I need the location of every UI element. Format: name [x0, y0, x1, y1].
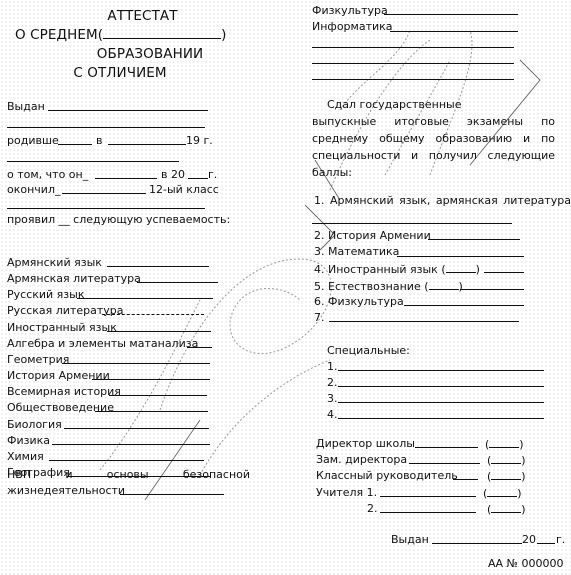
top-subject-1: Информатика: [312, 20, 393, 33]
born-label: родивше: [7, 134, 59, 147]
special-item-number: 2.: [327, 376, 338, 389]
exam-word: получил: [429, 149, 477, 162]
title-line4: С ОТЛИЧИЕМ: [0, 65, 240, 82]
exam-word: экзамены: [467, 115, 523, 128]
exam-item-2: 3. Математика: [314, 245, 399, 258]
exam-text-line3: среднему общему образованию и по: [312, 132, 555, 145]
subject-label: Армянская литература: [7, 272, 141, 285]
issued-to-field-2[interactable]: [7, 127, 205, 128]
exam-item-1: 2. История Армении: [314, 229, 431, 242]
signature-name-field[interactable]: (): [487, 469, 526, 483]
exam-word: итоговые: [394, 115, 449, 128]
exam-score-field-1[interactable]: [428, 239, 520, 240]
issue-year-field[interactable]: [537, 543, 555, 544]
grade-field[interactable]: [137, 282, 218, 283]
special-item-number: 3.: [327, 392, 338, 405]
exam-word: и: [523, 132, 530, 145]
special-field[interactable]: [338, 386, 544, 387]
nvp-word: и: [65, 468, 72, 481]
top-subject-0: Физкультура: [312, 4, 388, 17]
exam-score-field-4[interactable]: [460, 289, 524, 290]
grade-field[interactable]: [92, 379, 210, 380]
signature-name-field[interactable]: (): [487, 453, 526, 467]
born-year-label: 19 г.: [186, 134, 213, 147]
grade-field[interactable]: [102, 314, 204, 315]
subject-label: Русский язык: [7, 288, 84, 301]
exam-word: среднему: [312, 132, 368, 145]
exam-item-0: 1. Армянский язык, армянская литература: [314, 194, 571, 207]
finished-label: окончил_: [7, 183, 60, 196]
subject-label: Иностранный язык: [7, 321, 117, 334]
signature-role: 2.: [367, 502, 378, 515]
exam-item-4-label: 5. Естествознание (: [314, 280, 429, 293]
title-line3: ОБРАЗОВАНИИ: [0, 46, 300, 63]
subject-label: История Армении: [7, 369, 110, 382]
signature-field[interactable]: [409, 463, 480, 464]
subject-label: Армянский язык: [7, 256, 102, 269]
school-field-2[interactable]: [7, 208, 205, 209]
grade-field-nvp[interactable]: [120, 494, 224, 495]
special-field[interactable]: [338, 418, 544, 419]
exam-score-field-3[interactable]: [484, 272, 524, 273]
education-type-field[interactable]: [103, 28, 221, 39]
born-place-field[interactable]: [7, 161, 179, 162]
exam-score-field-0[interactable]: [312, 223, 512, 224]
exam-text-line1: Сдал государственные: [327, 98, 462, 111]
issued-year-suffix: г.: [556, 533, 565, 546]
grade-field[interactable]: [64, 428, 209, 429]
about-year-field[interactable]: [188, 178, 208, 179]
signature-role: Классный руководитель: [316, 469, 458, 482]
serial-number: АА № 000000: [488, 557, 563, 570]
grade-field[interactable]: [107, 331, 211, 332]
subject-label: Физика: [7, 434, 50, 447]
signature-role: Зам. директора: [316, 453, 407, 466]
nvp-word: НВП: [7, 468, 31, 481]
nvp-line2: жизнедеятельности: [7, 484, 125, 497]
issued-to-field[interactable]: [48, 110, 208, 111]
exam-word: по: [541, 115, 555, 128]
signature-name-field[interactable]: (): [485, 437, 524, 451]
title-line2-suffix: ): [221, 27, 226, 43]
grade-field[interactable]: [187, 347, 212, 348]
school-field[interactable]: [62, 193, 146, 194]
exam-text-line4: специальности и получил следующие: [312, 149, 555, 162]
exam-item-6: 7.: [314, 311, 325, 324]
issue-date-field[interactable]: [432, 543, 522, 544]
grade-field[interactable]: [107, 266, 209, 267]
exam-item-3-label: 4. Иностранный язык (: [314, 263, 446, 276]
special-field[interactable]: [338, 402, 544, 403]
title-line1: АТТЕСТАТ: [0, 8, 285, 25]
exam-word: по: [541, 132, 555, 145]
special-item-number: 1.: [327, 360, 338, 373]
about-field[interactable]: [95, 178, 157, 179]
exam-word: общему: [379, 132, 424, 145]
exam-word: и: [411, 149, 418, 162]
grade-field[interactable]: [52, 444, 210, 445]
about-label: о том, что он_: [7, 168, 88, 181]
exam-item-5: 6. Физкультура: [314, 295, 404, 308]
nvp-word: основы: [107, 468, 149, 481]
signature-name-field[interactable]: (): [483, 486, 522, 500]
signature-field[interactable]: [380, 512, 476, 513]
subject-label: Алгебра и элементы матанализа: [7, 337, 198, 350]
born-in-label: в: [96, 134, 102, 147]
subject-label: Химия: [7, 450, 44, 463]
exam-score-field-6[interactable]: [329, 321, 519, 322]
exam-word: специальности: [312, 149, 400, 162]
issued-year-prefix: 20: [522, 533, 536, 546]
extra-field-2[interactable]: [312, 63, 514, 64]
signature-field[interactable]: [380, 496, 476, 497]
exam-word: образованию: [435, 132, 512, 145]
finished-class: 12-ый класс: [149, 183, 219, 196]
subject-label: Русская литература: [7, 304, 123, 317]
signature-field[interactable]: [453, 479, 478, 480]
subject-label: Биология: [7, 418, 62, 431]
born-date-field[interactable]: [108, 144, 186, 145]
special-item-number: 4.: [327, 408, 338, 421]
exam-word: следующие: [488, 149, 556, 162]
subject-label: Геометрия: [7, 353, 69, 366]
progress-label: проявил __ следующую успеваемость:: [7, 213, 230, 226]
signature-name-field[interactable]: (): [487, 502, 526, 516]
title-line2-prefix: О СРЕДНЕМ(: [15, 27, 103, 43]
science-name-field[interactable]: [429, 279, 459, 290]
special-label: Специальные:: [327, 344, 410, 357]
issued-label-right: Выдан: [391, 533, 429, 546]
about-year-prefix: в 20: [161, 168, 185, 181]
subject-label: Обществоведение: [7, 401, 114, 414]
signature-field[interactable]: [415, 447, 478, 448]
exam-item-3: 4. Иностранный язык (): [314, 262, 480, 276]
grade-field-pe[interactable]: [384, 14, 518, 15]
extra-field-1[interactable]: [312, 47, 514, 48]
extra-field-3[interactable]: [312, 79, 514, 80]
grade-field[interactable]: [109, 395, 207, 396]
about-year-suffix: г.: [208, 168, 217, 181]
exam-score-field-5[interactable]: [404, 305, 524, 306]
subject-label: Всемирная история: [7, 385, 121, 398]
born-field[interactable]: [58, 144, 92, 145]
nvp-line1: НВП и основы безопасной: [7, 468, 250, 481]
signature-role: Директор школы: [316, 437, 415, 450]
grade-field[interactable]: [62, 363, 210, 364]
exam-word: выпускные: [312, 115, 376, 128]
issued-label: Выдан: [7, 100, 45, 113]
signature-role: Учителя 1.: [316, 486, 377, 499]
foreign-language-name-field[interactable]: [446, 262, 476, 273]
grade-field-informatics[interactable]: [390, 31, 518, 32]
exam-text-line2: выпускные итоговые экзамены по: [312, 115, 555, 128]
special-field[interactable]: [338, 370, 544, 371]
exam-score-field-2[interactable]: [397, 256, 524, 257]
exam-item-4: 5. Естествознание (): [314, 279, 463, 293]
title-line2: О СРЕДНЕМ(): [15, 27, 227, 44]
grade-field[interactable]: [49, 460, 204, 461]
grade-field[interactable]: [77, 298, 213, 299]
exam-text-line5: баллы:: [312, 166, 352, 179]
grade-field[interactable]: [95, 411, 208, 412]
nvp-word: безопасной: [183, 468, 250, 481]
